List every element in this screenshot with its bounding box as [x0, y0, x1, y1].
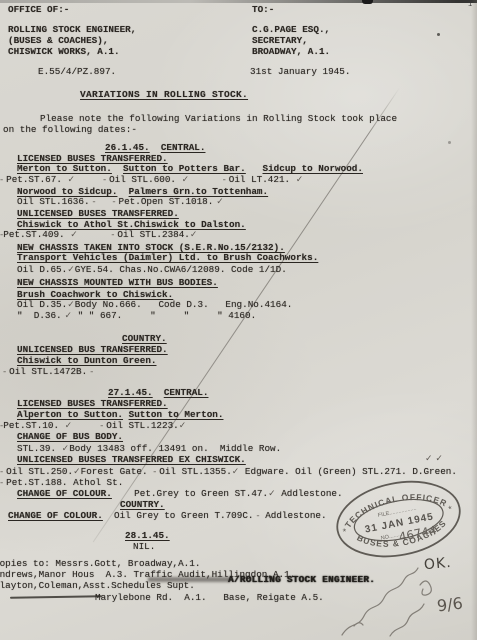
- typed-text: NIL.: [133, 541, 155, 552]
- typed-text: STL.39.: [17, 443, 62, 454]
- doc-line: Merton to Sutton. Sutton to Potters Bar.…: [17, 163, 363, 174]
- typed-text: Sidcup to Norwood.: [263, 163, 363, 174]
- typed-text: Oil STL.1223.: [106, 420, 179, 431]
- doc-line: CHANGE OF BUS BODY.: [17, 431, 123, 442]
- typed-text: [112, 488, 134, 499]
- doc-line: 28.1.45.: [125, 530, 170, 541]
- page-title: VARIATIONS IN ROLLING STOCK.: [80, 89, 248, 100]
- to-address-line: BROADWAY, A.1.: [252, 46, 330, 57]
- doc-line: 26.1.45. CENTRAL.: [105, 142, 205, 153]
- doc-line: ✓ ✓: [425, 453, 443, 465]
- typed-text: Pet.Open ST.1018.: [119, 196, 214, 207]
- typed-text: [150, 142, 161, 153]
- doc-line: " D.36. ✓ " " 667. " " " 4160.: [17, 310, 256, 322]
- typed-text: 28.1.45.: [125, 530, 170, 541]
- stamp-asterisk: *: [342, 526, 348, 537]
- corner-mark: 1: [468, 1, 472, 9]
- typed-text: [246, 163, 263, 174]
- handwritten-mark: ✓: [190, 230, 198, 240]
- office-of-label: OFFICE OF:-: [8, 4, 69, 15]
- to-address-line: SECRETARY,: [252, 35, 308, 46]
- intro-text: Please note the following Variations in …: [40, 113, 397, 124]
- typed-text: UNLICENSED BUSES TRANSFERRED.: [17, 208, 179, 219]
- typed-text: Edgware.: [239, 466, 289, 477]
- typed-text: CHANGE OF BUS BODY.: [17, 431, 123, 442]
- typed-text: CENTRAL.: [164, 387, 209, 398]
- typed-text: Sutton to Merton.: [129, 409, 224, 420]
- typed-text: Body 13483 off. 13491 on. Middle Row.: [69, 443, 281, 454]
- typed-text: [189, 174, 222, 185]
- typed-text: LICENSED BUSES TRANSFERRED.: [17, 398, 168, 409]
- doc-line: - Oil STL.1472B. -: [3, 366, 93, 378]
- handwritten-mark: ✓: [296, 175, 304, 185]
- scan-edge-right: [471, 0, 477, 640]
- paper-speck: [437, 33, 440, 36]
- typed-text: CHANGE OF COLOUR.: [8, 510, 103, 521]
- typed-text: Athol St.: [73, 477, 123, 488]
- typed-text: COUNTRY.: [122, 333, 167, 344]
- typed-text: UNLICENSED BUSES TRANSFERRED EX CHISWICK…: [17, 454, 246, 465]
- typed-text: Oil STL.600.: [109, 174, 176, 185]
- typed-text: COUNTRY.: [120, 499, 165, 510]
- stamp-asterisk: *: [448, 504, 454, 515]
- doc-line: Marylebone Rd. A.1. Base, Reigate A.5.: [95, 592, 324, 603]
- typed-text: [103, 510, 114, 521]
- typed-text: [75, 174, 103, 185]
- typed-text: Addlestone.: [260, 510, 327, 521]
- typed-text: GYE.54. Chas.No.CWA6/12089. Code 1/1D.: [75, 264, 287, 275]
- doc-line: LICENSED BUSES TRANSFERRED.: [17, 398, 168, 409]
- ink-smudge: [148, 577, 230, 582]
- doc-line: Copies to: Messrs.Gott, Broadway,A.1.: [0, 558, 200, 569]
- typed-text: Oil D.65.: [17, 264, 67, 275]
- pencil-underline: [10, 595, 102, 599]
- doc-line: Oil D.65.✓GYE.54. Chas.No.CWA6/12089. Co…: [17, 264, 287, 276]
- to-address-line: C.G.PAGE ESQ.,: [252, 24, 330, 35]
- doc-line: -Pet.ST.409. ✓ - Oil STL.2384.✓: [0, 229, 197, 241]
- doc-line: CHANGE OF COLOUR. Oil Grey to Green T.70…: [8, 510, 327, 522]
- handwritten-mark: -: [87, 367, 93, 377]
- typed-text: Oil STL.1472B.: [9, 366, 87, 377]
- typed-text: Pet.ST.409.: [3, 229, 64, 240]
- typed-text: Oil LT.421.: [229, 174, 290, 185]
- typed-text: CENTRAL.: [161, 142, 206, 153]
- doc-line: UNLICENSED BUSES TRANSFERRED EX CHISWICK…: [17, 454, 246, 465]
- from-address-line: CHISWICK WORKS, A.1.: [8, 46, 120, 57]
- handwritten-mark: ✓: [70, 230, 78, 240]
- typed-text: 26.1.45.: [105, 142, 150, 153]
- typed-text: Alperton to Sutton.: [17, 409, 123, 420]
- scan-edge-top: [0, 0, 477, 3]
- letter-date: 31st January 1945.: [250, 66, 350, 77]
- doc-line: - Pet.ST.67. ✓ - Oil STL.600. ✓ - Oil LT…: [0, 174, 303, 186]
- typed-text: Pet.ST.67.: [6, 174, 62, 185]
- doc-line: Transport Vehicles (Daimler) Ltd. to Bru…: [17, 252, 318, 263]
- typed-text: CHANGE OF COLOUR.: [17, 488, 112, 499]
- typed-text: " D.36.: [17, 310, 62, 321]
- handwritten-mark: ✓: [73, 467, 81, 477]
- typed-text: Oil Grey to Green T.709C.: [114, 510, 253, 521]
- paper-speck: [448, 141, 451, 144]
- typed-text: Marylebone Rd. A.1. Base, Reigate A.5.: [95, 592, 324, 603]
- doc-line: NIL.: [133, 541, 155, 552]
- doc-line: Oil STL.1636. - - Pet.Open ST.1018. ✓: [17, 196, 224, 208]
- typed-text: Forest Gate.: [81, 466, 148, 477]
- typed-text: NEW CHASSIS MOUNTED WITH BUS BODIES.: [17, 277, 218, 288]
- doc-line: COUNTRY.: [122, 333, 167, 344]
- typed-text: UNLICENSED BUS TRANSFERRED.: [17, 344, 168, 355]
- typed-text: Pet.Grey to Green ST.47.: [134, 488, 268, 499]
- intro-text: on the following dates:-: [3, 124, 137, 135]
- typed-text: " " 667. " " " 4160.: [72, 310, 256, 321]
- to-label: TO:-: [252, 4, 274, 15]
- doc-line: CHANGE OF COLOUR. Pet.Grey to Green ST.4…: [17, 488, 343, 500]
- typed-text: Oil STL.250.: [6, 466, 73, 477]
- handwritten-mark: ✓: [179, 421, 187, 431]
- typed-text: 27.1.45.: [108, 387, 153, 398]
- document-page: 1 OFFICE OF:- TO:- ROLLING STOCK ENGINEE…: [0, 0, 477, 640]
- handwritten-mark: ✓: [213, 197, 223, 207]
- handwritten-mark: ✓: [62, 311, 72, 321]
- doc-line: Alperton to Sutton. Sutton to Merton.: [17, 409, 223, 420]
- doc-line: COUNTRY.: [120, 499, 165, 510]
- reference-number: E.55/4/PZ.897.: [38, 66, 116, 77]
- typed-text: Oil STL.1355.: [159, 466, 232, 477]
- typed-text: Copies to: Messrs.Gott, Broadway,A.1.: [0, 558, 200, 569]
- typed-text: Body No.666. Code D.3. Eng.No.4164.: [75, 299, 293, 310]
- typed-text: Sutton to Potters Bar.: [123, 163, 246, 174]
- typed-text: Pet.ST.10.: [3, 420, 59, 431]
- doc-line: NEW CHASSIS MOUNTED WITH BUS BODIES.: [17, 277, 218, 288]
- typed-text: Merton to Sutton.: [17, 163, 112, 174]
- signature-scrawl-icon: [320, 540, 470, 640]
- doc-line: Chiswick to Dunton Green.: [17, 355, 156, 366]
- handwritten-mark: ✓: [268, 489, 276, 499]
- handwritten-mark: ✓: [67, 265, 75, 275]
- typed-text: Chiswick to Dunton Green.: [17, 355, 156, 366]
- handwritten-mark: ✓: [68, 175, 76, 185]
- typed-text: Pet.ST.188.: [6, 477, 67, 488]
- handwritten-mark: ✓: [67, 300, 75, 310]
- typed-text: [112, 163, 123, 174]
- typed-text: [72, 420, 100, 431]
- typed-text: Oil D.35.: [17, 299, 67, 310]
- typed-text: Transport Vehicles (Daimler) Ltd. to Bru…: [17, 252, 318, 263]
- typed-text: [78, 229, 111, 240]
- doc-line: 27.1.45. CENTRAL.: [108, 387, 208, 398]
- typed-text: Oil STL.2384.: [117, 229, 190, 240]
- doc-line: UNLICENSED BUSES TRANSFERRED.: [17, 208, 179, 219]
- typed-text: [96, 196, 113, 207]
- scan-artifact-blob: [362, 0, 373, 4]
- typed-text: [153, 387, 164, 398]
- handwritten-mark: ✓ ✓: [425, 454, 443, 464]
- from-address-line: (BUSES & COACHES),: [8, 35, 108, 46]
- from-address-line: ROLLING STOCK ENGINEER,: [8, 24, 136, 35]
- doc-line: UNLICENSED BUS TRANSFERRED.: [17, 344, 168, 355]
- typed-text: Oil STL.1636.: [17, 196, 90, 207]
